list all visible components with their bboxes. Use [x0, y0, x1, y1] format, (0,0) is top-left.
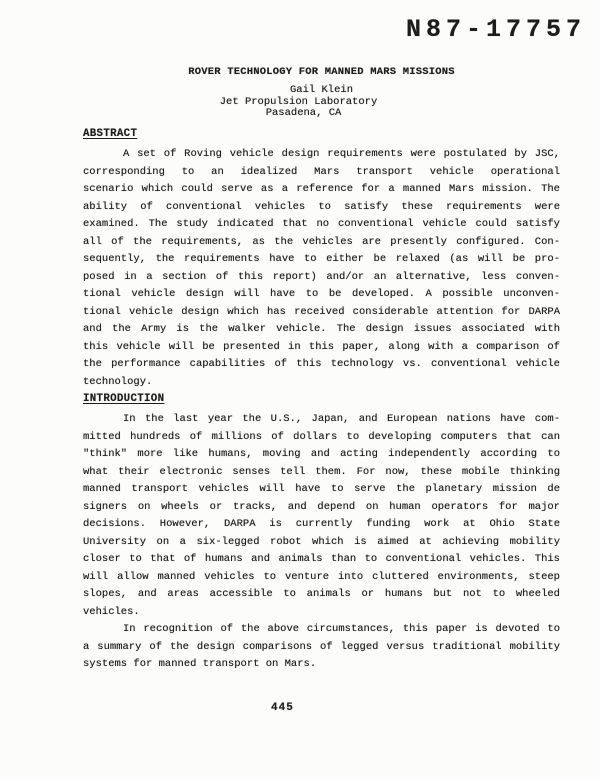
introduction-heading: INTRODUCTION: [83, 393, 560, 411]
text-line: technology.: [83, 374, 560, 392]
text-line: vehicles.: [83, 604, 560, 622]
page-body: ABSTRACT A set of Roving vehicle design …: [83, 128, 560, 674]
text-line: corresponding to an idealized Mars trans…: [83, 164, 560, 182]
text-line: decisions. However, DARPA is currently f…: [83, 516, 560, 534]
page-number: 445: [271, 702, 294, 714]
text-line: University on a six-legged robot which i…: [83, 534, 560, 552]
text-line: and the Army is the walker vehicle. The …: [83, 321, 560, 339]
text-line: In recognition of the above circumstance…: [83, 621, 560, 639]
text-line: closer to that of humans and animals tha…: [83, 551, 560, 569]
abstract-paragraph: A set of Roving vehicle design requireme…: [83, 146, 560, 391]
text-line: a summary of the design comparisons of l…: [83, 639, 560, 657]
text-line: this vehicle will be presented in this p…: [83, 339, 560, 357]
text-line: In the last year the U.S., Japan, and Eu…: [83, 411, 560, 429]
text-line: posed in a section of this report) and/o…: [83, 269, 560, 287]
introduction-paragraph-1: In the last year the U.S., Japan, and Eu…: [83, 411, 560, 621]
author-location: Pasadena, CA: [65, 108, 542, 120]
text-line: what their electronic senses tell them. …: [83, 464, 560, 482]
text-line: A set of Roving vehicle design requireme…: [83, 146, 560, 164]
text-line: mitted hundreds of millions of dollars t…: [83, 429, 560, 447]
text-line: scenario which could serve as a referenc…: [83, 181, 560, 199]
report-number: N87-17757: [406, 15, 586, 44]
text-line: sequently, the requirements have to eith…: [83, 251, 560, 269]
text-line: systems for manned transport on Mars.: [83, 656, 560, 674]
title-block: ROVER TECHNOLOGY FOR MANNED MARS MISSION…: [83, 66, 560, 120]
text-line: examined. The study indicated that no co…: [83, 216, 560, 234]
text-line: tional vehicle design which has received…: [83, 304, 560, 322]
document-page: N87-17757 ROVER TECHNOLOGY FOR MANNED MA…: [0, 0, 600, 779]
text-line: will allow manned vehicles to venture in…: [83, 569, 560, 587]
text-line: slopes, and areas accessible to animals …: [83, 586, 560, 604]
abstract-heading: ABSTRACT: [83, 128, 560, 146]
text-line: ability of conventional vehicles to sati…: [83, 199, 560, 217]
text-line: signers on wheels or tracks, and depend …: [83, 499, 560, 517]
text-line: all of the requirements, as the vehicles…: [83, 234, 560, 252]
introduction-paragraph-2: In recognition of the above circumstance…: [83, 621, 560, 674]
text-line: "think" more like humans, moving and act…: [83, 446, 560, 464]
text-line: the performance capabilities of this tec…: [83, 356, 560, 374]
paper-title: ROVER TECHNOLOGY FOR MANNED MARS MISSION…: [83, 66, 560, 78]
text-line: tional vehicle design will have to be de…: [83, 286, 560, 304]
text-line: manned transport vehicles will have to s…: [83, 481, 560, 499]
